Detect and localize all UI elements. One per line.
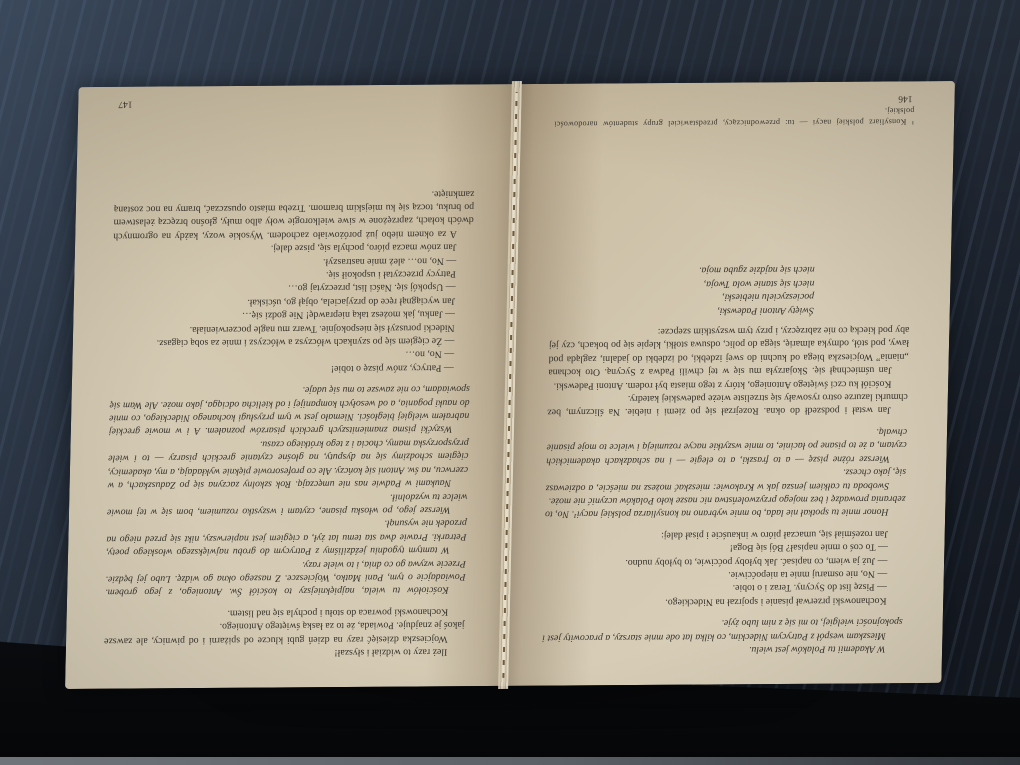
paragraph: Jan roześmiał się, umaczał pióro w inkau… <box>544 527 904 543</box>
page-147-text: Ileż razy to widział i słyszał!Wojcieszk… <box>65 84 517 689</box>
paragraph: W tamtym tygodniu jeździliśmy z Patrycym… <box>106 516 467 559</box>
page-number-147: 147 <box>118 97 133 111</box>
paragraph: Kościół ku czci świętego Antoniego, któr… <box>548 377 908 393</box>
paragraph: — Patrycy, znów piszę o tobie! <box>110 361 470 377</box>
prayer-verse: Święty Antoni Padewski,pocieszycielu nie… <box>550 263 815 318</box>
paragraph: Wiersze różne piszę — a to fraszki, a to… <box>546 425 907 468</box>
book-page-146: W Akademii tu Polaków jest wielu.Mieszka… <box>503 81 955 686</box>
paragraph: Honor mnie tu spotkał nie lada, bo mnie … <box>545 492 906 521</box>
paragraph: — Że cięgiem się po szynkach włóczysz a … <box>111 334 471 350</box>
paragraph: Patrycy przeczytał i uspokoił się. <box>112 267 472 283</box>
page-147-paragraphs: Ileż razy to widział i słyszał!Wojcieszk… <box>104 187 475 661</box>
paragraph: Mieszkam wespół z Patrycym Nideckim, co … <box>542 615 903 644</box>
paragraph: — To coś o mnie napisał? Bój się Boga! <box>544 540 904 556</box>
paragraph: Kochanowski przerwał pisanie i spojrzał … <box>543 594 903 610</box>
paragraph: Wszyćki pisma znamienitszych greckich pi… <box>109 382 470 438</box>
paragraph: Kochanowski powraca do stołu i pochyla s… <box>105 605 465 621</box>
paragraph: Święty Antoni Padewski, <box>550 303 814 318</box>
paragraph: Kościołów tu wiela, najpiękniejszy to ko… <box>105 556 466 599</box>
paragraph: — Janku, jak możesz taką nieprawdę! Nie … <box>111 307 471 323</box>
paragraph: niech się stanie wola Twoja, <box>550 276 814 291</box>
paragraph: Wiersze jego, po włosku pisane, czytam i… <box>107 489 468 518</box>
paragraph: — No, no… ależ mnie nastraszył. <box>113 254 473 270</box>
floor-strip <box>0 757 1020 765</box>
paragraph: Jan znów macza pióro, pochyla się, pisze… <box>113 240 473 256</box>
footnote: ¹ Konsyliarz polskiej nacyi — tu: przewo… <box>554 105 915 129</box>
paragraph: pocieszycielu niebieski, <box>550 290 814 305</box>
paragraph: Swoboda tu całkiem jensza jak w Krakowie… <box>546 465 907 494</box>
paragraph: — No, nie osmaruj mnie ta niepoćciwie. <box>544 567 904 583</box>
paragraph: — Już ja wiem, co napisać. Jak byłoby po… <box>544 553 904 569</box>
page-146-text: W Akademii tu Polaków jest wielu.Mieszka… <box>503 81 955 686</box>
paragraph: Wojcieszka dziesięć razy na dzień gubi k… <box>104 618 465 647</box>
paragraph: Jan uśmiechnął się. Skojarzyła mu się w … <box>548 323 909 379</box>
paragraph: Naukami w Padwie nas nie umęczają. Rok s… <box>107 436 468 492</box>
paragraph: niech się najdzie zguba moja. <box>550 263 814 278</box>
paragraph: Ileż razy to widział i słyszał! <box>104 645 464 661</box>
paragraph: A za oknem niebo już poróżowiało zachode… <box>113 187 474 243</box>
open-book: W Akademii tu Polaków jest wielu.Mieszka… <box>65 81 955 689</box>
page-number-146: 146 <box>898 91 913 105</box>
paragraph: Nidecki poruszył się niespokojnie. Twarz… <box>111 321 471 337</box>
paragraph: Jan wyciągnął ręce do przyjaciela, objął… <box>112 294 472 310</box>
paragraph: W Akademii tu Polaków jest wielu. <box>542 642 902 658</box>
photo-scene: W Akademii tu Polaków jest wielu.Mieszka… <box>0 0 1020 765</box>
paragraph: Jan wstał i podszedł do okna. Rozejrzał … <box>547 390 908 419</box>
book-page-147: Ileż razy to widział i słyszał!Wojcieszk… <box>65 84 517 689</box>
page-146-paragraphs: W Akademii tu Polaków jest wielu.Mieszka… <box>542 323 910 658</box>
